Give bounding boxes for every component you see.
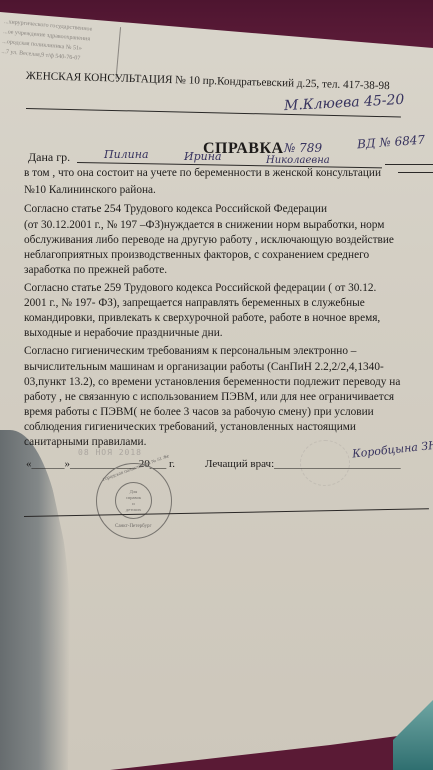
body-line: Согласно статье 254 Трудового кодекса Ро… — [24, 203, 327, 215]
body-line: командировки, привлекать к сверхурочной … — [24, 312, 380, 324]
patient-first-name: Ирина — [184, 150, 222, 163]
doctor-blank: _______________________ — [274, 458, 401, 470]
body-line: (от 30.12.2001 г., № 197 –ФЗ)нуждается в… — [24, 219, 384, 231]
body-line: Согласно гигиеническим требованиям к пер… — [24, 345, 356, 357]
patient-patronymic: Николаевна — [266, 155, 330, 166]
stamp-center-line: детских — [116, 507, 151, 513]
handwritten-number: № 789 — [284, 141, 322, 155]
body-line: выходные и нерабочие праздничные дни. — [24, 327, 223, 339]
body-line: вычислительным машинам и организации раб… — [24, 361, 384, 373]
patient-surname: Пилина — [104, 148, 149, 161]
body-line: 03,пункт 13.2), со времени установления … — [24, 376, 400, 388]
body-line: 2001 г., № 197- ФЗ), запрещается направл… — [24, 297, 365, 309]
day-blank: ______ — [32, 458, 65, 470]
date-stamp: 08 НОЯ 2018 — [78, 448, 142, 457]
handwritten-right-note: ВД № 6847 — [357, 133, 426, 152]
body-line: время работы с ПЭВМ( не более 3 часов за… — [24, 406, 374, 418]
body-line: неблагоприятных производственных факторо… — [24, 249, 369, 261]
right-margin-rule — [385, 164, 433, 165]
body-line: соблюдения гигиенических требований, уст… — [24, 421, 356, 433]
round-stamp: Городская поликлиника № 51 Женская консу… — [96, 463, 172, 539]
body-line: обслуживания либо переводе на другую раб… — [24, 234, 394, 246]
body-line: Согласно статье 259 Трудового кодекса Ро… — [24, 282, 376, 294]
body-line: в том , что она состоит на учете по бере… — [24, 167, 381, 179]
corner-institution-stamp: ...хирургического государственное ...ое … — [0, 17, 121, 79]
year-suffix: г. — [169, 458, 175, 470]
body-line: санитарными правилами. — [24, 436, 146, 448]
certificate-document: ...хирургического государственное ...ое … — [0, 0, 433, 770]
bottom-rule — [24, 508, 429, 517]
handwritten-note-top: М.Клюева 45-20 — [284, 92, 405, 114]
round-stamp-city: Санкт-Петербург — [115, 524, 152, 529]
doctor-field: Лечащий врач:_______________________ — [205, 458, 401, 470]
body-line: работу , не связанную с использованием П… — [24, 391, 394, 403]
doctor-label: Лечащий врач: — [205, 458, 274, 470]
body-line: №10 Калининского района. — [24, 184, 156, 196]
clinic-header: ЖЕНСКАЯ КОНСУЛЬТАЦИЯ № 10 пр.Кондратьевс… — [26, 70, 390, 92]
right-margin-rule-2 — [398, 172, 433, 173]
body-line: заработка по прежней работе. — [24, 264, 167, 276]
given-to-label: Дана гр. — [28, 150, 70, 165]
